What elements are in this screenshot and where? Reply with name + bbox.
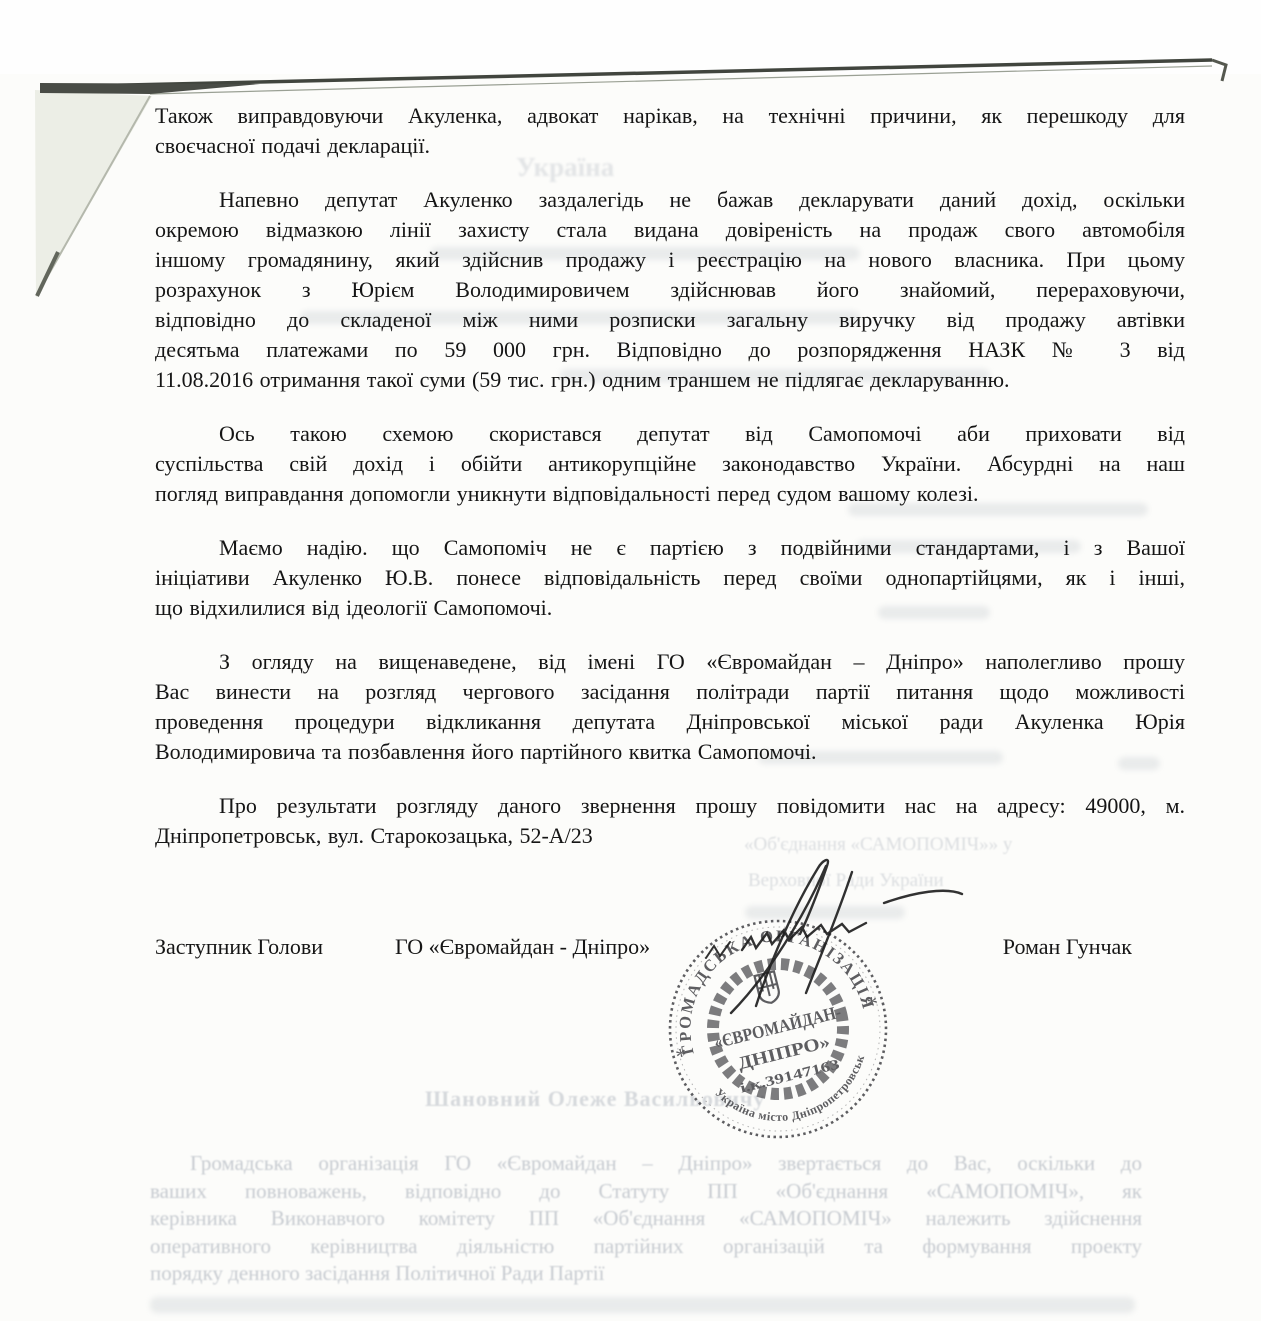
- paper-top-edge: [42, 60, 1212, 87]
- letter-line: розрахунок з Юрієм Володимировичем здійс…: [155, 275, 1185, 305]
- signoff-position: Заступник Голови: [155, 934, 323, 960]
- letter-paragraph: Ось такою схемою скористався депутат від…: [155, 419, 1185, 509]
- bleedthrough-line: ваших повноважень, відповідно до Статуту…: [150, 1178, 1142, 1206]
- letter-line: 11.08.2016 отримання такої суми (59 тис.…: [155, 365, 1185, 395]
- letter-paragraph: З огляду на вищенаведене, від імені ГО «…: [155, 647, 1185, 767]
- letter-line: Також виправдовуючи Акуленка, адвокат на…: [155, 101, 1185, 131]
- letter-line: суспільства свій дохід і обійти антикору…: [155, 449, 1185, 479]
- bleedthrough-line: Громадська організація ГО «Євромайдан – …: [150, 1150, 1142, 1178]
- letter-line: що відхилилися від ідеології Самопомочі.: [155, 593, 1185, 623]
- letter-line: З огляду на вищенаведене, від імені ГО «…: [155, 647, 1185, 677]
- letter-line: Про результати розгляду даного звернення…: [155, 791, 1185, 821]
- bleedthrough-smudge: [150, 1297, 1135, 1313]
- bleedthrough-line: порядку денного засідання Політичної Рад…: [150, 1260, 1142, 1288]
- scanned-letter-page: Україна «Об'єднання «САМОПОМІЧ»» у Верхо…: [0, 0, 1261, 1321]
- letter-line: погляд виправдання допомогли уникнути ві…: [155, 479, 1185, 509]
- letter-line: окремою відмазкою лінії захисту стала ви…: [155, 215, 1185, 245]
- letter-line: проведення процедури відкликання депутат…: [155, 707, 1185, 737]
- letter-paragraph: Також виправдовуючи Акуленка, адвокат на…: [155, 101, 1185, 161]
- stamp-ring-bottom-text: Україна місто Дніпропетровськ: [711, 1050, 879, 1141]
- bleedthrough-line: керівника Виконавчого комітету ПП «Об'єд…: [150, 1205, 1142, 1233]
- paper-corner-hook: [1212, 60, 1226, 81]
- signoff-name: Роман Гунчак: [1003, 934, 1132, 960]
- letter-line: Вас винести на розгляд чергового засідан…: [155, 677, 1185, 707]
- handwritten-signature: [590, 835, 990, 1035]
- letter-paragraph: Напевно депутат Акуленко заздалегідь не …: [155, 185, 1185, 395]
- letter-line: Маємо надію. що Самопоміч не є партією з…: [155, 533, 1185, 563]
- letter-line: ініціативи Акуленко Ю.В. понесе відповід…: [155, 563, 1185, 593]
- letter-body: Також виправдовуючи Акуленка, адвокат на…: [155, 101, 1185, 875]
- bleedthrough-line: оперативного керівництва діяльністю парт…: [150, 1233, 1142, 1261]
- letter-line: Володимировича та позбавлення його парті…: [155, 737, 1185, 767]
- letter-line: Напевно депутат Акуленко заздалегідь не …: [155, 185, 1185, 215]
- letter-line: відповідно до складеної між ними розписк…: [155, 305, 1185, 335]
- letter-line: своєчасної подачі декларації.: [155, 131, 1185, 161]
- letter-line: десятьма платежами по 59 000 грн. Відпов…: [155, 335, 1185, 365]
- letter-paragraph: Маємо надію. що Самопоміч не є партією з…: [155, 533, 1185, 623]
- letter-line: Ось такою схемою скористався депутат від…: [155, 419, 1185, 449]
- bleedthrough-paragraph: Громадська організація ГО «Євромайдан – …: [150, 1150, 1142, 1288]
- letter-line: іншому громадянину, який здійснив продаж…: [155, 245, 1185, 275]
